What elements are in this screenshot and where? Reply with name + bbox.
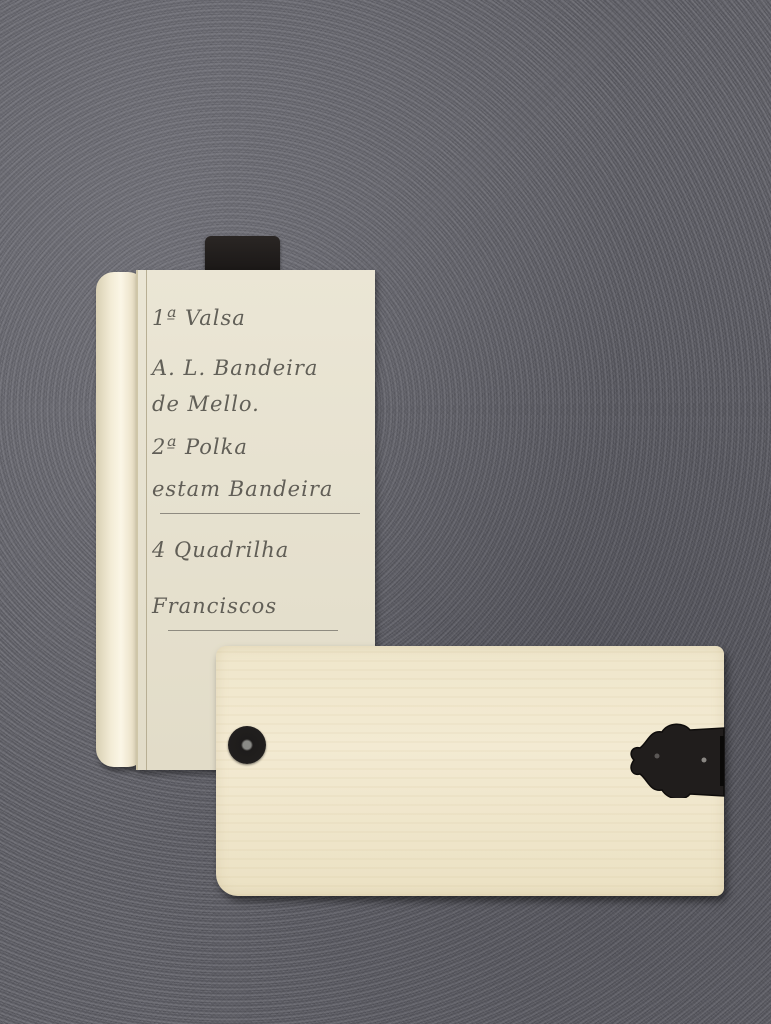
card-line-5: estam Bandeira	[152, 477, 333, 501]
underline-1	[160, 513, 360, 514]
card-line-3: de Mello.	[152, 392, 260, 416]
card-line-7: Franciscos	[152, 594, 277, 618]
card-line-6: 4 Quadrilha	[152, 538, 289, 562]
underline-2	[168, 630, 338, 631]
card-line-2: A. L. Bandeira	[152, 356, 318, 380]
rosette-rivet-icon	[228, 726, 266, 764]
card-line-1: 1ª Valsa	[152, 306, 246, 330]
page-margin-line	[146, 270, 147, 770]
top-clasp-icon	[205, 236, 280, 272]
metal-hinge-icon	[628, 718, 726, 798]
card-line-4: 2ª Polka	[152, 435, 248, 459]
